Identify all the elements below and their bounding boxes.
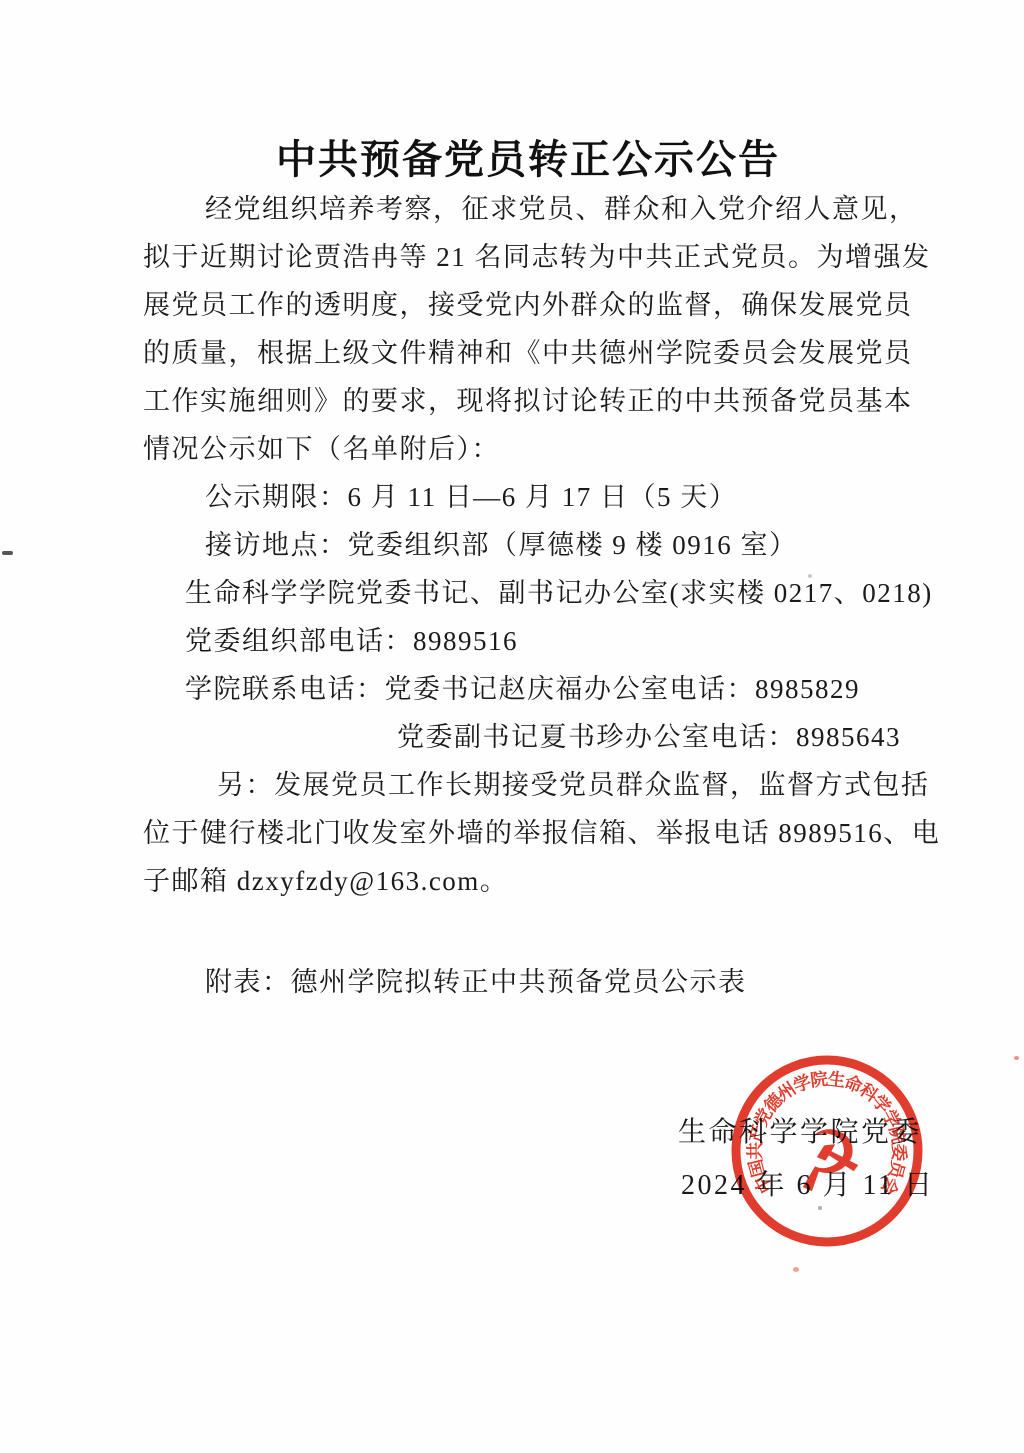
body-line-5: 工作实施细则》的要求，现将拟讨论转正的中共预备党员基本 <box>143 384 933 418</box>
body-line-11-secretary-phone: 学院联系电话：党委书记赵庆福办公室电话：8985829 <box>143 672 975 706</box>
body-line-8-reception-place: 接访地点：党委组织部（厚德楼 9 楼 0916 室） <box>143 528 995 562</box>
body-line-4: 的质量，根据上级文件精神和《中共德州学院委员会发展党员 <box>143 336 933 370</box>
body-line-1: 经党组织培养考察，征求党员、群众和入党介绍人意见， <box>143 192 995 226</box>
body-line-6: 情况公示如下（名单附后）： <box>143 432 933 466</box>
body-line-10-org-dept-phone: 党委组织部电话：8989516 <box>143 624 975 658</box>
body-line-7-publicity-period: 公示期限：6 月 11 日—6 月 17 日（5 天） <box>143 480 995 514</box>
scan-artifact-speck <box>793 1267 799 1272</box>
body-line-2: 拟于近期讨论贾浩冉等 21 名同志转为中共正式党员。为增强发 <box>143 240 933 274</box>
scan-artifact-speck <box>1014 1056 1019 1060</box>
body-line-3: 展党员工作的透明度，接受党内外群众的监督，确保发展党员 <box>143 288 933 322</box>
scan-artifact-speck <box>818 1206 822 1210</box>
document-title: 中共预备党员转正公示公告 <box>143 128 913 185</box>
party-emblem-icon: ☭ <box>784 1108 871 1212</box>
attachment-line: 附表：德州学院拟转正中共预备党员公示表 <box>143 965 995 999</box>
body-line-14: 位于健行楼北门收发室外墙的举报信箱、举报电话 8989516、电 <box>143 816 933 850</box>
announcement-page: 中共预备党员转正公示公告 经党组织培养考察，征求党员、群众和入党介绍人意见， 拟… <box>0 0 1024 1453</box>
body-line-9-college-office: 生命科学学院党委书记、副书记办公室(求实楼 0217、0218) <box>143 576 975 610</box>
scan-artifact-speck <box>808 574 812 578</box>
body-line-12-deputy-secretary-phone: 党委副书记夏书珍办公室电话：8985643 <box>143 720 1024 754</box>
body-line-15-email: 子邮箱 dzxyfzdy@163.com。 <box>143 864 933 898</box>
scan-artifact-dash <box>2 551 13 555</box>
official-seal: 中国共产党德州学院生命科学学院委员会 ☭ <box>727 1051 927 1251</box>
body-line-13: 另：发展党员工作长期接受党员群众监督，监督方式包括 <box>143 768 1007 802</box>
